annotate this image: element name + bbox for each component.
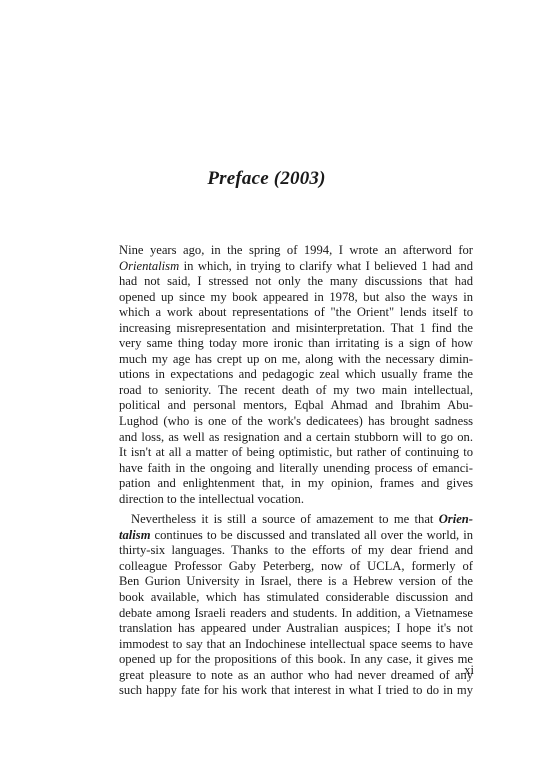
- text-line: Orientalism in which, in trying to clari…: [119, 259, 473, 275]
- text-segment: debate among Israeli readers and student…: [119, 606, 473, 620]
- text-line: colleague Professor Gaby Peterberg, now …: [119, 559, 473, 575]
- text-line: which a work about representations of "t…: [119, 305, 473, 321]
- text-segment: opened up since my book appeared in 1978…: [119, 290, 473, 304]
- text-segment: colleague Professor Gaby Peterberg, now …: [119, 559, 473, 573]
- text-line: opened up since my book appeared in 1978…: [119, 290, 473, 306]
- text-line: It isn't at all a matter of being optimi…: [119, 445, 473, 461]
- text-segment: book available, which has stimulated con…: [119, 590, 473, 604]
- text-segment: much my age has crept up on me, along wi…: [119, 352, 473, 366]
- text-line: political and personal mentors, Eqbal Ah…: [119, 398, 473, 414]
- text-segment: thirty-six languages. Thanks to the effo…: [119, 543, 473, 557]
- text-line: Nevertheless it is still a source of ama…: [119, 512, 473, 528]
- text-line: increasing misrepresentation and misinte…: [119, 321, 473, 337]
- text-segment: Ben Gurion University in Israel, there i…: [119, 574, 473, 588]
- text-segment: direction to the intellectual vocation.: [119, 492, 304, 506]
- text-segment: continues to be discussed and translated…: [151, 528, 474, 542]
- text-segment: road to seniority. The recent death of m…: [119, 383, 473, 397]
- text-line: Nine years ago, in the spring of 1994, I…: [119, 243, 473, 259]
- text-line: immodest to say that an Indochinese inte…: [119, 637, 473, 653]
- text-segment: such happy fate for his work that intere…: [119, 683, 473, 697]
- text-line: Ben Gurion University in Israel, there i…: [119, 574, 473, 590]
- body-text: Nine years ago, in the spring of 1994, I…: [119, 243, 473, 699]
- text-line: Lughod (who is one of the work's dedicat…: [119, 414, 473, 430]
- text-segment: very same thing today more ironic than i…: [119, 336, 473, 350]
- text-line: book available, which has stimulated con…: [119, 590, 473, 606]
- text-line: direction to the intellectual vocation.: [119, 492, 473, 508]
- text-segment: which a work about representations of "t…: [119, 305, 473, 319]
- text-line: much my age has crept up on me, along wi…: [119, 352, 473, 368]
- text-line: have faith in the ongoing and literally …: [119, 461, 473, 477]
- text-segment: pation and enlightenment that, in my opi…: [119, 476, 473, 490]
- emphasized-title: Orien-: [439, 512, 473, 526]
- page-number: xi: [440, 663, 474, 678]
- text-line: road to seniority. The recent death of m…: [119, 383, 473, 399]
- text-segment: increasing misrepresentation and misinte…: [119, 321, 473, 335]
- text-segment: opened up for the propositions of this b…: [119, 652, 473, 666]
- text-segment: immodest to say that an Indochinese inte…: [119, 637, 473, 651]
- text-segment: great pleasure to note as an author who …: [119, 668, 473, 682]
- text-segment: utions in expectations and pedagogic zea…: [119, 367, 473, 381]
- text-segment: Nine years ago, in the spring of 1994, I…: [119, 243, 473, 257]
- text-line: talism continues to be discussed and tra…: [119, 528, 473, 544]
- paragraph: Nine years ago, in the spring of 1994, I…: [119, 243, 473, 507]
- text-segment: It isn't at all a matter of being optimi…: [119, 445, 473, 459]
- text-segment: Nevertheless it is still a source of ama…: [131, 512, 439, 526]
- text-line: very same thing today more ironic than i…: [119, 336, 473, 352]
- text-segment: political and personal mentors, Eqbal Ah…: [119, 398, 473, 412]
- text-line: had not said, I stressed not only the ma…: [119, 274, 473, 290]
- text-line: and loss, as well as resignation and a c…: [119, 430, 473, 446]
- text-segment: Lughod (who is one of the work's dedicat…: [119, 414, 473, 428]
- text-segment: have faith in the ongoing and literally …: [119, 461, 473, 475]
- text-line: great pleasure to note as an author who …: [119, 668, 473, 684]
- text-line: such happy fate for his work that intere…: [119, 683, 473, 699]
- page-title: Preface (2003): [0, 168, 533, 190]
- paragraph: Nevertheless it is still a source of ama…: [119, 512, 473, 699]
- text-line: translation has appeared under Australia…: [119, 621, 473, 637]
- text-line: debate among Israeli readers and student…: [119, 606, 473, 622]
- text-line: utions in expectations and pedagogic zea…: [119, 367, 473, 383]
- text-segment: in which, in trying to clarify what I be…: [179, 259, 473, 273]
- text-segment: translation has appeared under Australia…: [119, 621, 473, 635]
- book-page: Preface (2003) Nine years ago, in the sp…: [0, 0, 533, 758]
- text-line: pation and enlightenment that, in my opi…: [119, 476, 473, 492]
- text-line: opened up for the propositions of this b…: [119, 652, 473, 668]
- text-line: thirty-six languages. Thanks to the effo…: [119, 543, 473, 559]
- emphasized-title: talism: [119, 528, 151, 542]
- text-segment: had not said, I stressed not only the ma…: [119, 274, 473, 288]
- text-segment: and loss, as well as resignation and a c…: [119, 430, 473, 444]
- emphasized-title: Orientalism: [119, 259, 179, 273]
